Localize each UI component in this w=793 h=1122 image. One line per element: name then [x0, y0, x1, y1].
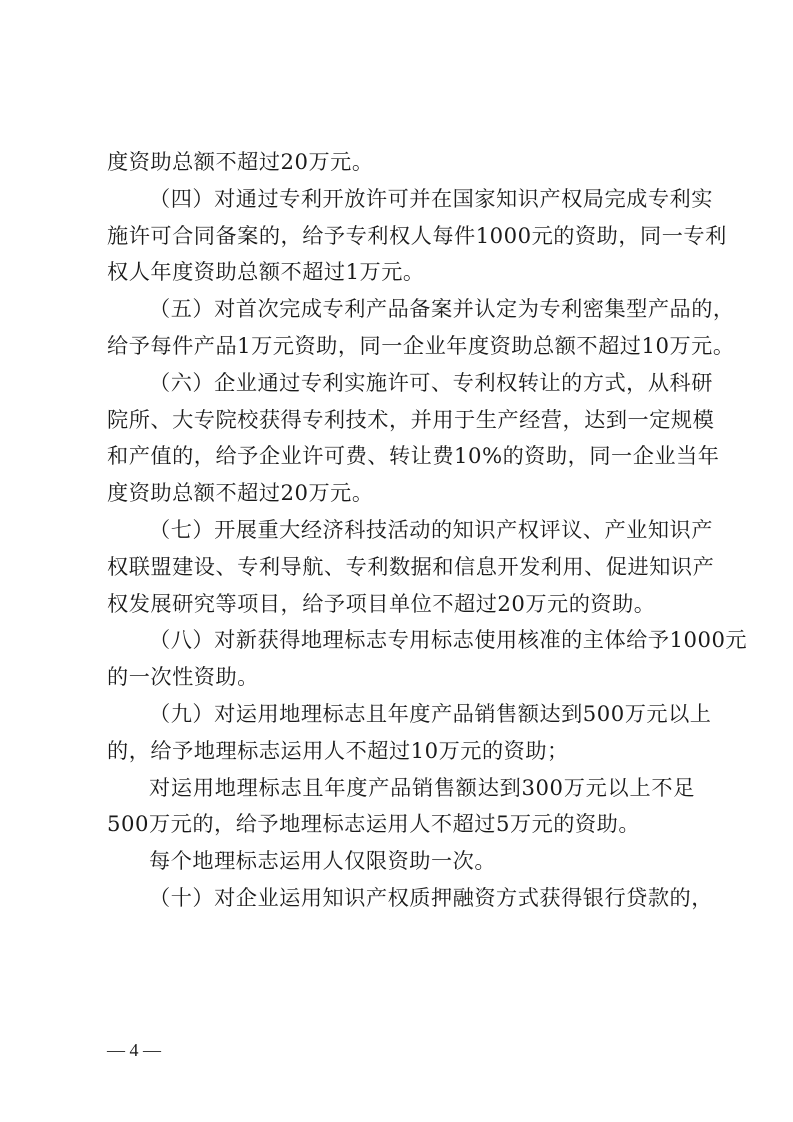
page-number: — 4 —	[107, 1039, 161, 1061]
text-line: 权人年度资助总额不超过1万元。	[107, 254, 695, 291]
text-line: 给予每件产品1万元资助，同一企业年度资助总额不超过10万元。	[107, 328, 695, 365]
body-text: 度资助总额不超过20万元。 （四）对通过专利开放许可并在国家知识产权局完成专利实…	[107, 144, 695, 917]
text-line: 权联盟建设、专利导航、专利数据和信息开发利用、促进知识产	[107, 549, 695, 586]
text-line: 的，给予地理标志运用人不超过10万元的资助；	[107, 733, 695, 770]
document-page: 度资助总额不超过20万元。 （四）对通过专利开放许可并在国家知识产权局完成专利实…	[0, 0, 793, 1122]
text-line: 每个地理标志运用人仅限资助一次。	[107, 843, 695, 880]
text-line: 度资助总额不超过20万元。	[107, 144, 695, 181]
text-line: 500万元的，给予地理标志运用人不超过5万元的资助。	[107, 806, 695, 843]
text-line-item-9: （九）对运用地理标志且年度产品销售额达到500万元以上	[107, 696, 695, 733]
text-line: 的一次性资助。	[107, 659, 695, 696]
text-line: 度资助总额不超过20万元。	[107, 475, 695, 512]
text-line-item-8: （八）对新获得地理标志专用标志使用核准的主体给予1000元	[107, 622, 695, 659]
text-line-item-6: （六）企业通过专利实施许可、专利权转让的方式，从科研	[107, 365, 695, 402]
text-line: 和产值的，给予企业许可费、转让费10%的资助，同一企业当年	[107, 438, 695, 475]
text-line-item-10: （十）对企业运用知识产权质押融资方式获得银行贷款的，	[107, 880, 695, 917]
text-line-item-7: （七）开展重大经济科技活动的知识产权评议、产业知识产	[107, 512, 695, 549]
text-line: 施许可合同备案的，给予专利权人每件1000元的资助，同一专利	[107, 218, 695, 255]
text-line: 院所、大专院校获得专利技术，并用于生产经营，达到一定规模	[107, 402, 695, 439]
text-line-item-5: （五）对首次完成专利产品备案并认定为专利密集型产品的，	[107, 291, 695, 328]
text-line: 对运用地理标志且年度产品销售额达到300万元以上不足	[107, 770, 695, 807]
text-line-item-4: （四）对通过专利开放许可并在国家知识产权局完成专利实	[107, 181, 695, 218]
text-line: 权发展研究等项目，给予项目单位不超过20万元的资助。	[107, 586, 695, 623]
